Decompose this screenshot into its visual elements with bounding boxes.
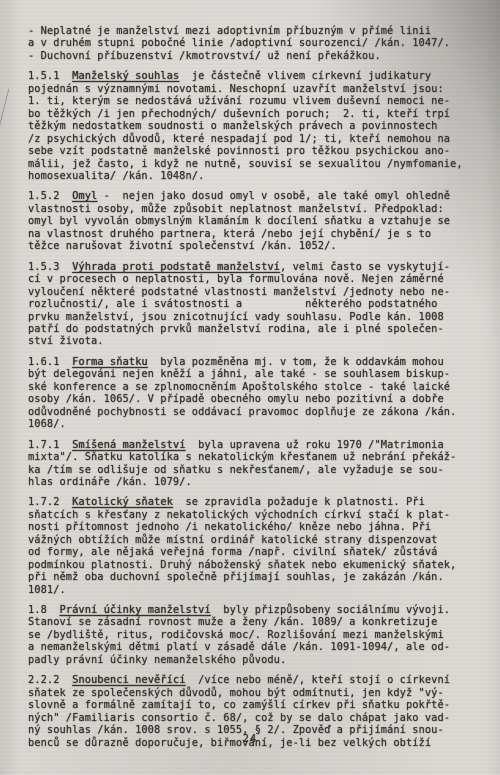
paragraph-title: Snoubenci nevěřící xyxy=(72,674,185,686)
paragraph-text: - Neplatné je manželství mezi adoptivním… xyxy=(28,25,450,62)
paragraph-number: 1.5.3 xyxy=(28,261,72,273)
paragraph-text: , velmi často se vyskytují- cí v procese… xyxy=(28,261,450,348)
paragraph-title: Smíšená manželství xyxy=(72,439,185,451)
paragraph-title: Omyl xyxy=(72,190,97,202)
paragraph-title: Katolický sňatek xyxy=(72,496,173,508)
paragraph-number: 1.7.2 xyxy=(28,496,72,508)
paragraph-title: Manželský souhlas xyxy=(72,70,179,82)
paragraph: - Neplatné je manželství mezi adoptivním… xyxy=(28,25,482,62)
paragraph-number: 1.7.1 xyxy=(28,439,72,451)
paragraph-number: 1.5.2 xyxy=(28,190,72,202)
page-number: 24 xyxy=(0,733,500,745)
paragraph: 1.7.1 Smíšená manželství byla upravena u… xyxy=(28,439,482,489)
paragraph-title: Forma sňatku xyxy=(72,356,148,368)
paragraph: 1.6.1 Forma sňatku byla pozměněna mj. v … xyxy=(28,356,482,431)
paragraph: 1.5.1 Manželský souhlas je částečně vliv… xyxy=(28,70,482,182)
paragraph: 1.7.2 Katolický sňatek se zpravidla poža… xyxy=(28,496,482,596)
paragraph: 1.8 Právní účinky manželství byly přizpů… xyxy=(28,604,482,666)
paragraph-number: 1.6.1 xyxy=(28,356,72,368)
paragraph-title: Právní účinky manželství xyxy=(60,604,211,616)
paragraph: 1.5.2 Omyl - nejen jako dosud omyl v oso… xyxy=(28,190,482,252)
paragraph-title: Výhrada proti podstatě manželství xyxy=(72,261,280,273)
scanned-page: - Neplatné je manželství mezi adoptivním… xyxy=(0,0,500,775)
paragraph-number: 1.5.1 xyxy=(28,70,72,82)
document-body: - Neplatné je manželství mezi adoptivním… xyxy=(28,25,482,749)
paragraph-text: se zpravidla požaduje k platnosti. Při s… xyxy=(28,496,456,595)
paragraph: 1.5.3 Výhrada proti podstatě manželství,… xyxy=(28,261,482,348)
paragraph-number: 2.2.2 xyxy=(28,674,72,686)
paragraph-text: je částečně vlivem církevní judikatury p… xyxy=(28,70,463,182)
paragraph-number: 1.8 xyxy=(28,604,60,616)
